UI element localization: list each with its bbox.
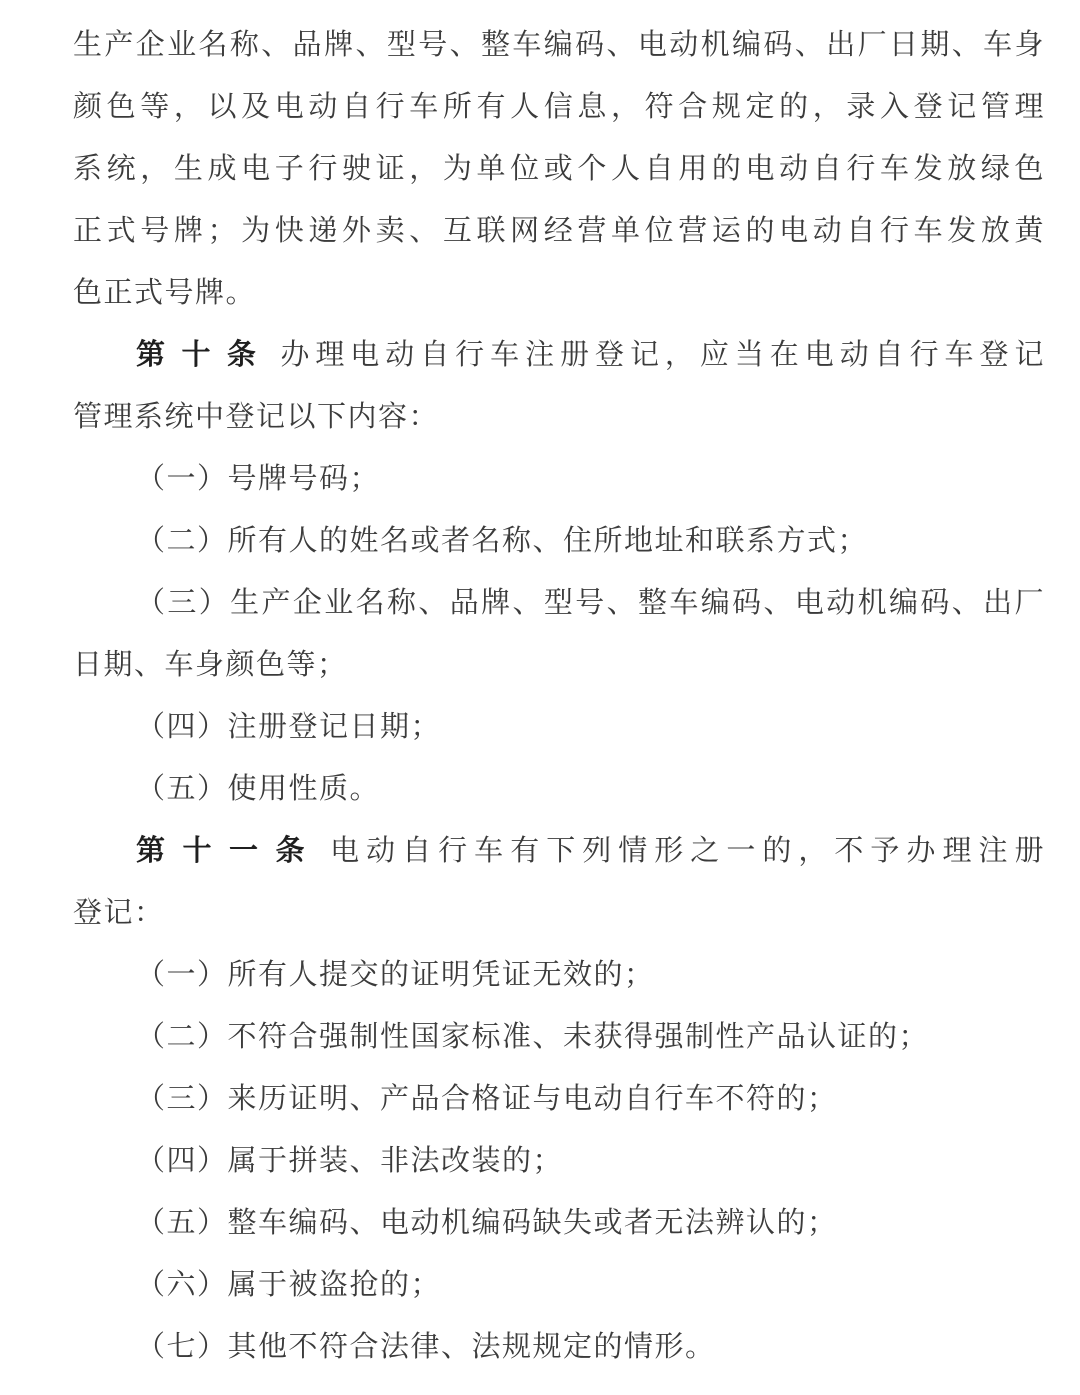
line-text: （四）注册登记日期； — [136, 711, 441, 743]
line-text: 办理电动自行车注册登记，应当在电动自行车登记 — [280, 339, 1045, 371]
text-line: 色正式号牌。 — [73, 262, 1045, 324]
text-line: （五）整车编码、电动机编码缺失或者无法辨认的； — [73, 1192, 1045, 1254]
text-line: （一）号牌号码； — [73, 448, 1045, 510]
line-text: （五）使用性质。 — [136, 773, 380, 805]
line-text: 登记： — [73, 897, 165, 929]
document-page: 生产企业名称、品牌、型号、整车编码、电动机编码、出厂日期、车身颜色等，以及电动自… — [0, 0, 1080, 1395]
line-text: 系统，生成电子行驶证，为单位或个人自用的电动自行车发放绿色 — [73, 153, 1045, 185]
text-line: （七）其他不符合法律、法规规定的情形。 — [73, 1316, 1045, 1378]
line-text: （一）号牌号码； — [136, 463, 380, 495]
line-text: （二）所有人的姓名或者名称、住所地址和联系方式； — [136, 525, 868, 557]
line-text: 电动自行车有下列情形之一的，不予办理注册 — [330, 835, 1045, 867]
text-line: （一）所有人提交的证明凭证无效的； — [73, 944, 1045, 1006]
text-line: 系统，生成电子行驶证，为单位或个人自用的电动自行车发放绿色 — [73, 138, 1045, 200]
article-line: 第十条办理电动自行车注册登记，应当在电动自行车登记 — [73, 324, 1045, 386]
text-line: （二）不符合强制性国家标准、未获得强制性产品认证的； — [73, 1006, 1045, 1068]
article-line: 第十一条电动自行车有下列情形之一的，不予办理注册 — [73, 820, 1045, 882]
text-line: （五）使用性质。 — [73, 758, 1045, 820]
line-text: 日期、车身颜色等； — [73, 649, 348, 681]
line-text: 正式号牌；为快递外卖、互联网经营单位营运的电动自行车发放黄 — [73, 215, 1045, 247]
text-line: 生产企业名称、品牌、型号、整车编码、电动机编码、出厂日期、车身 — [73, 14, 1045, 76]
line-text: 颜色等，以及电动自行车所有人信息，符合规定的，录入登记管理 — [73, 91, 1045, 123]
text-line: （四）属于拼装、非法改装的； — [73, 1130, 1045, 1192]
article-heading: 第十一条 — [136, 835, 322, 867]
text-line: （四）注册登记日期； — [73, 696, 1045, 758]
text-line: 登记： — [73, 882, 1045, 944]
line-text: （六）属于被盗抢的； — [136, 1269, 441, 1301]
line-text: 色正式号牌。 — [73, 277, 256, 309]
line-text: （二）不符合强制性国家标准、未获得强制性产品认证的； — [136, 1021, 929, 1053]
line-text: （五）整车编码、电动机编码缺失或者无法辨认的； — [136, 1207, 838, 1239]
text-line: （三）生产企业名称、品牌、型号、整车编码、电动机编码、出厂 — [73, 572, 1045, 634]
line-text: 管理系统中登记以下内容： — [73, 401, 439, 433]
text-line: （三）来历证明、产品合格证与电动自行车不符的； — [73, 1068, 1045, 1130]
line-text: （一）所有人提交的证明凭证无效的； — [136, 959, 655, 991]
line-text: （七）其他不符合法律、法规规定的情形。 — [136, 1331, 716, 1363]
text-line: 管理系统中登记以下内容： — [73, 386, 1045, 448]
text-line: 日期、车身颜色等； — [73, 634, 1045, 696]
line-text: （四）属于拼装、非法改装的； — [136, 1145, 563, 1177]
text-line: （二）所有人的姓名或者名称、住所地址和联系方式； — [73, 510, 1045, 572]
line-text: （三）来历证明、产品合格证与电动自行车不符的； — [136, 1083, 838, 1115]
line-text: （三）生产企业名称、品牌、型号、整车编码、电动机编码、出厂 — [136, 587, 1045, 619]
line-text: 生产企业名称、品牌、型号、整车编码、电动机编码、出厂日期、车身 — [73, 29, 1045, 61]
text-line: 正式号牌；为快递外卖、互联网经营单位营运的电动自行车发放黄 — [73, 200, 1045, 262]
text-line: （六）属于被盗抢的； — [73, 1254, 1045, 1316]
article-heading: 第十条 — [136, 339, 272, 371]
text-line: 颜色等，以及电动自行车所有人信息，符合规定的，录入登记管理 — [73, 76, 1045, 138]
